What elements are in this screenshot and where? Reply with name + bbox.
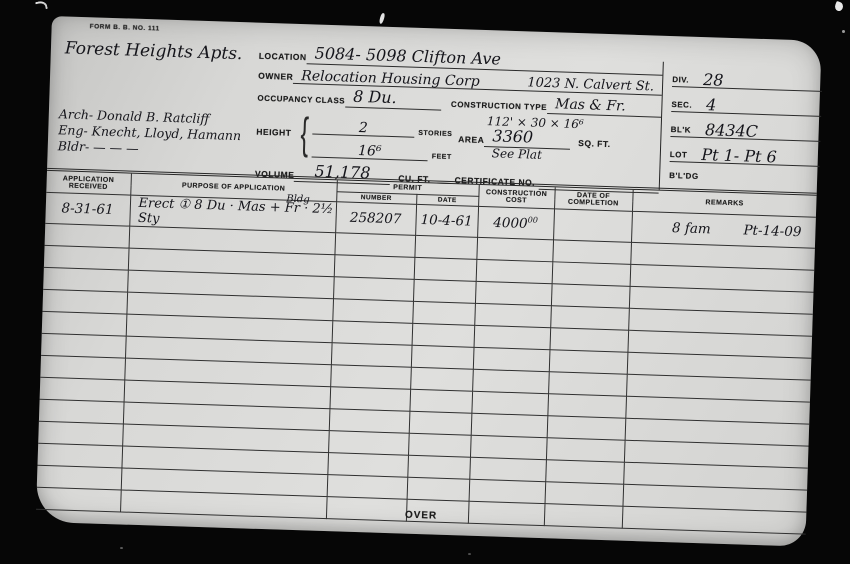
dust-speck: [468, 553, 471, 555]
feet-underline: 16⁶: [311, 142, 428, 161]
col-application-received: APPLICATION RECEIVED: [46, 171, 131, 195]
bldg-label: B'L'DG: [669, 171, 699, 183]
entry-date-received: 8-31-61: [45, 192, 130, 226]
occupancy-class-label: OCCUPANCY CLASS: [257, 94, 345, 108]
area-label: AREA: [458, 134, 484, 147]
parcel-row-bldg: B'L'DG: [669, 162, 820, 187]
area-value: 3360: [484, 126, 541, 147]
architect-engineer-builder-notes: Arch- Donald B. Ratcliff Eng- Knecht, Ll…: [58, 106, 242, 160]
entry-purpose: Erect ① 8 Du · Mas + Fr · 2½ Sty Bldg: [129, 195, 336, 233]
entry-remarks-left: 8 fam: [672, 220, 711, 237]
entry-remarks-right: Pt-14-09: [743, 222, 801, 240]
height-field: HEIGHT { 2 STORIES 16⁶ FEET: [256, 108, 454, 164]
height-brace: {: [300, 114, 309, 154]
feet-unit-label: FEET: [428, 153, 452, 162]
div-value: 28: [689, 73, 724, 88]
entry-permit-date: 10-4-61: [415, 204, 478, 237]
div-label: DIV.: [672, 75, 689, 87]
entry-purpose-note: Bldg: [286, 194, 310, 206]
blk-label: BL'K: [670, 125, 691, 137]
col-date-of-completion: DATE OF COMPLETION: [554, 187, 633, 211]
property-title-handwritten: Forest Heights Apts.: [65, 38, 243, 64]
dust-speck: [834, 1, 845, 12]
dust-speck: [120, 547, 123, 549]
blk-value: 8434C: [691, 123, 758, 139]
location-label: LOCATION: [259, 51, 307, 65]
entry-cost-cents: 00: [528, 215, 538, 224]
entry-remarks: 8 fam Pt-14-09: [631, 211, 816, 248]
application-table: APPLICATION RECEIVED PURPOSE OF APPLICAT…: [36, 168, 817, 535]
form-fields: LOCATION 5084- 5098 Clifton Ave OWNER Re…: [255, 41, 663, 194]
sec-label: SEC.: [671, 100, 692, 112]
parcel-info-box: DIV. 28 SEC. 4 BL'K 8434C LOT Pt 1- Pt 6…: [659, 62, 823, 195]
entry-date-of-completion: [553, 209, 632, 243]
dust-speck: [842, 30, 845, 33]
stories-unit-label: STORIES: [414, 130, 452, 139]
stories-value: 2: [312, 119, 414, 136]
area-column: 112' × 30 × 16⁶ AREA 3360 SQ. FT. See Pl…: [451, 114, 661, 171]
col-construction-cost: CONSTRUCTION COST: [478, 185, 555, 209]
entry-construction-cost: 400000: [477, 206, 554, 239]
occupancy-class-value: 8 Du.: [345, 87, 405, 108]
height-label: HEIGHT: [256, 127, 291, 140]
occupancy-underline: 8 Du.: [345, 89, 442, 111]
entry-cost-value: 4000: [493, 215, 528, 232]
table-body: 8-31-61 Erect ① 8 Du · Mas + Fr · 2½ Sty…: [36, 192, 816, 534]
sec-value: 4: [692, 98, 717, 113]
form-number: FORM B. B. NO. 111: [90, 23, 160, 32]
lot-value: Pt 1- Pt 6: [687, 148, 777, 165]
construction-type-label: CONSTRUCTION TYPE: [451, 100, 547, 114]
owner-label: OWNER: [258, 71, 293, 84]
entry-permit-number: 258207: [335, 202, 416, 236]
dust-speck: [35, 0, 48, 11]
feet-value: 16⁶: [311, 142, 428, 160]
lot-label: LOT: [670, 150, 688, 162]
dust-speck: [379, 13, 386, 25]
permit-card: FORM B. B. NO. 111 Forest Heights Apts. …: [36, 16, 822, 547]
construction-type-value: Mas & Fr.: [547, 96, 634, 115]
location-value: 5084- 5098 Clifton Ave: [306, 43, 509, 69]
area-unit-label: SQ. FT.: [578, 138, 611, 151]
construction-type-underline: Mas & Fr.: [547, 95, 662, 118]
